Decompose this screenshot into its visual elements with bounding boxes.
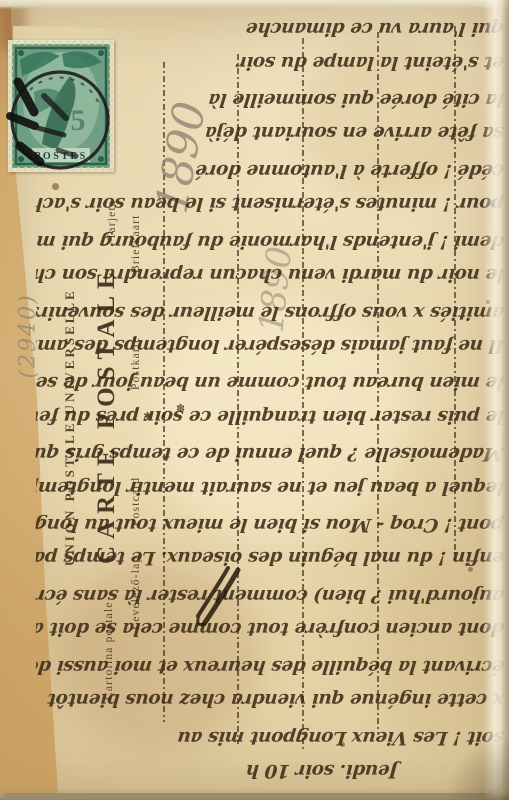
handwriting-line: dont ancien confrère tout comme cela se … [35,615,505,641]
handwriting-line: le mien bureau tout comme un beau jour d… [35,369,506,395]
handwriting-line: qui l'aura vu ce dimanche [135,15,506,41]
handwriting-line: soit ! Les Vieux Longpont mis au [35,724,506,750]
handwriting-line: Jeudi. soir 10 h [97,757,505,783]
handwriting-line: le noir du mardi venu chacun reprendra s… [35,261,505,287]
handwriting-line: Il ne faut jamais désespérer longtemps d… [35,332,505,358]
handwriting-line: pour ! minutes s'éternisent si le beau s… [35,190,505,216]
ink-flourish [192,566,246,628]
postcard-photo: UNION POSTALE UNIVERSELLE CARTE POSTALE … [0,0,509,800]
handwriting-line: enfin ! du mal béguin des oiseaux. Le te… [35,544,505,570]
handwriting-line: pont ! Croq - Mou si bien le mieux tout … [35,511,506,537]
handwriting-line: cédé ! offerte à l'automne doré [135,157,506,183]
handwritten-message: Jeudi. soir 10 h soit ! Les Vieux Longpo… [36,14,504,784]
handwriting-line: la cité dorée qui sommeille là [135,86,506,112]
handwriting-line: sa fête arrive en souriant déjà [135,119,505,145]
handwriting-line: x cette ingénue qui viendra chez nous bi… [35,686,505,712]
handwriting-line: lequel a beau jeu et ne saurait mentir l… [35,474,505,500]
handwriting-line: et s'éteint la lampe du soir [135,49,505,75]
perforation-edge [8,40,13,172]
handwriting-line: amitiés x vous offrons le meilleur des s… [35,299,506,325]
handwriting-line: écrivant la béquille des heureux et moi … [35,653,506,679]
handwriting-line: aujourd'hui ? bien) comment rester là sa… [35,582,506,608]
handwriting-line: demi ! j'entends l'harmonie du faubourg … [35,228,506,254]
handwriting-line: le puis rester bien tranquille ce soir p… [35,403,505,429]
handwriting-line: Mademoiselle ? quel ennui de ce temps gr… [35,440,506,466]
